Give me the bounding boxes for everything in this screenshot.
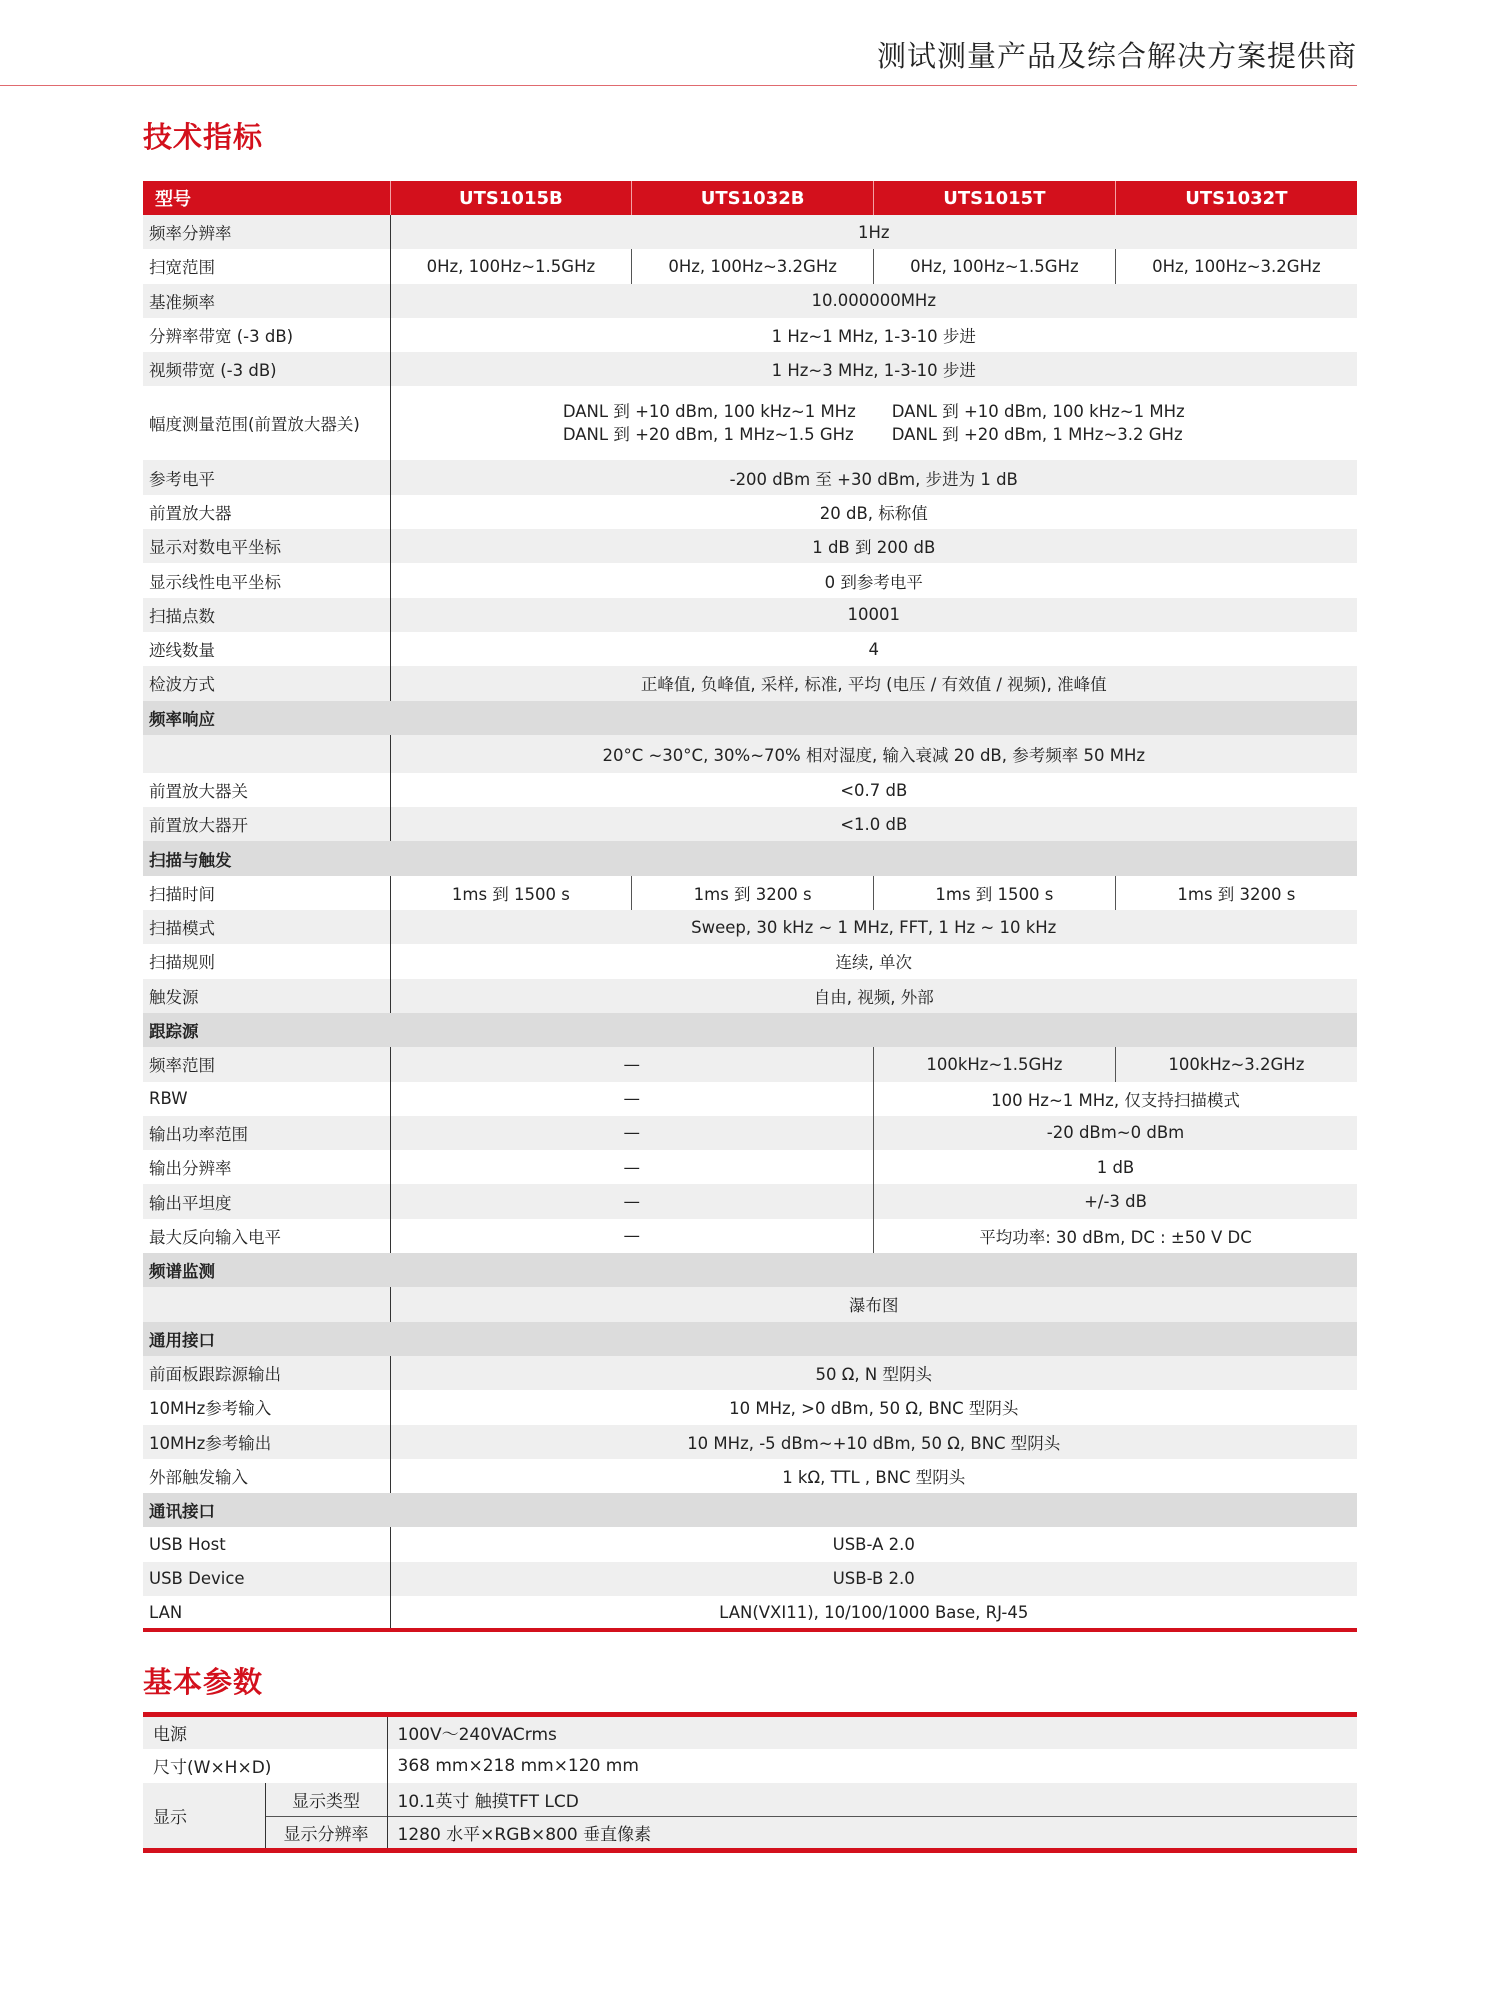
row-label: 扫宽范围 xyxy=(143,249,390,283)
row-label: 前面板跟踪源输出 xyxy=(143,1356,390,1390)
spec-table: 型号 UTS1015B UTS1032B UTS1015T UTS1032T 频… xyxy=(143,181,1357,1632)
row-value-na: — xyxy=(390,1150,874,1184)
table-row: 显示对数电平坐标 1 dB 到 200 dB xyxy=(143,529,1357,563)
row-value-na: — xyxy=(390,1116,874,1150)
basic-section-title: 基本参数 xyxy=(143,1660,263,1701)
row-value: 瀑布图 xyxy=(390,1287,1357,1321)
row-value: 平均功率: 30 dBm, DC : ±50 V DC xyxy=(874,1219,1358,1253)
row-label: 显示线性电平坐标 xyxy=(143,563,390,597)
row-label xyxy=(143,1287,390,1321)
section-label: 频谱监测 xyxy=(143,1253,1357,1287)
section-row-comm-io: 通讯接口 xyxy=(143,1493,1357,1527)
row-value: 20 dB, 标称值 xyxy=(390,495,1357,529)
row-label: 输出分辨率 xyxy=(143,1150,390,1184)
row-label: RBW xyxy=(143,1082,390,1116)
row-label: 触发源 xyxy=(143,979,390,1013)
section-row-sweep-trigger: 扫描与触发 xyxy=(143,841,1357,875)
table-row: 检波方式 正峰值, 负峰值, 采样, 标准, 平均 (电压 / 有效值 / 视频… xyxy=(143,666,1357,700)
row-value: 1ms 到 1500 s xyxy=(874,876,1116,910)
row-label: 显示 xyxy=(143,1783,265,1851)
row-value: 100kHz~1.5GHz xyxy=(874,1047,1116,1081)
row-value: 1 Hz~1 MHz, 1-3-10 步进 xyxy=(390,318,1357,352)
amplitude-line: DANL 到 +20 dBm, 1 MHz~1.5 GHz xyxy=(563,423,856,446)
table-row: 10MHz参考输入 10 MHz, >0 dBm, 50 Ω, BNC 型阴头 xyxy=(143,1390,1357,1424)
row-label xyxy=(143,735,390,773)
row-label: 检波方式 xyxy=(143,666,390,700)
section-label: 扫描与触发 xyxy=(143,841,1357,875)
sub-label: 显示分辨率 xyxy=(265,1817,387,1851)
row-value: 连续, 单次 xyxy=(390,944,1357,978)
row-label: 参考电平 xyxy=(143,460,390,494)
row-value: USB-B 2.0 xyxy=(390,1562,1357,1596)
row-value: 0 到参考电平 xyxy=(390,563,1357,597)
row-label: 扫描规则 xyxy=(143,944,390,978)
table-row: 20°C ~30°C, 30%~70% 相对湿度, 输入衰减 20 dB, 参考… xyxy=(143,735,1357,773)
table-row: USB Device USB-B 2.0 xyxy=(143,1562,1357,1596)
row-value: 0Hz, 100Hz~3.2GHz xyxy=(1115,249,1357,283)
company-tagline: 测试测量产品及综合解决方案提供商 xyxy=(877,34,1357,75)
section-row-general-io: 通用接口 xyxy=(143,1322,1357,1356)
basic-params-table: 电源 100V～240VACrms 尺寸(W×H×D) 368 mm×218 m… xyxy=(143,1712,1357,1853)
row-value: 1 dB xyxy=(874,1150,1358,1184)
row-label: 基准频率 xyxy=(143,284,390,318)
row-label: 前置放大器开 xyxy=(143,807,390,841)
row-value: 正峰值, 负峰值, 采样, 标准, 平均 (电压 / 有效值 / 视频), 准峰… xyxy=(390,666,1357,700)
amplitude-line: DANL 到 +10 dBm, 100 kHz~1 MHz xyxy=(563,400,856,423)
table-row: 显示 显示类型 10.1英寸 触摸TFT LCD xyxy=(143,1783,1357,1817)
column-header-uts1015b: UTS1015B xyxy=(390,181,632,215)
row-value: 10.000000MHz xyxy=(390,284,1357,318)
row-label: 最大反向输入电平 xyxy=(143,1219,390,1253)
table-row: 扫描点数 10001 xyxy=(143,598,1357,632)
row-value: <0.7 dB xyxy=(390,773,1357,807)
row-label: LAN xyxy=(143,1596,390,1630)
row-label: 显示对数电平坐标 xyxy=(143,529,390,563)
row-value: 1ms 到 3200 s xyxy=(1115,876,1357,910)
row-label: 尺寸(W×H×D) xyxy=(143,1749,387,1783)
row-label: 输出功率范围 xyxy=(143,1116,390,1150)
row-value: 4 xyxy=(390,632,1357,666)
section-label: 频率响应 xyxy=(143,701,1357,735)
table-row: 基准频率 10.000000MHz xyxy=(143,284,1357,318)
row-label: 扫描点数 xyxy=(143,598,390,632)
spec-section-title: 技术指标 xyxy=(143,115,263,156)
row-label: USB Device xyxy=(143,1562,390,1596)
row-label: 扫描时间 xyxy=(143,876,390,910)
row-value: 自由, 视频, 外部 xyxy=(390,979,1357,1013)
table-row: 最大反向输入电平 — 平均功率: 30 dBm, DC : ±50 V DC xyxy=(143,1219,1357,1253)
row-value: 10 MHz, >0 dBm, 50 Ω, BNC 型阴头 xyxy=(390,1390,1357,1424)
table-row: 视频带宽 (-3 dB) 1 Hz~3 MHz, 1-3-10 步进 xyxy=(143,352,1357,386)
row-value: LAN(VXI11), 10/100/1000 Base, RJ-45 xyxy=(390,1596,1357,1630)
row-value: -200 dBm 至 +30 dBm, 步进为 1 dB xyxy=(390,460,1357,494)
row-value: 100V～240VACrms xyxy=(387,1715,1357,1749)
row-label: 扫描模式 xyxy=(143,910,390,944)
row-value-na: — xyxy=(390,1082,874,1116)
row-value: 100kHz~3.2GHz xyxy=(1115,1047,1357,1081)
table-row: 显示线性电平坐标 0 到参考电平 xyxy=(143,563,1357,597)
table-row: 频率分辨率 1Hz xyxy=(143,215,1357,249)
table-row: USB Host USB-A 2.0 xyxy=(143,1527,1357,1561)
amplitude-range-b-models: DANL 到 +10 dBm, 100 kHz~1 MHz DANL 到 +20… xyxy=(563,400,856,446)
row-value-na: — xyxy=(390,1219,874,1253)
table-row: 显示分辨率 1280 水平×RGB×800 垂直像素 xyxy=(143,1817,1357,1851)
row-value: 0Hz, 100Hz~1.5GHz xyxy=(390,249,632,283)
column-header-uts1015t: UTS1015T xyxy=(874,181,1116,215)
sub-label: 显示类型 xyxy=(265,1783,387,1817)
amplitude-range-t-models: DANL 到 +10 dBm, 100 kHz~1 MHz DANL 到 +20… xyxy=(892,400,1185,446)
table-row: 扫描时间 1ms 到 1500 s 1ms 到 3200 s 1ms 到 150… xyxy=(143,876,1357,910)
row-label: 频率分辨率 xyxy=(143,215,390,249)
row-label: 幅度测量范围(前置放大器关) xyxy=(143,386,390,460)
section-row-spectrum-monitor: 频谱监测 xyxy=(143,1253,1357,1287)
row-value: 0Hz, 100Hz~3.2GHz xyxy=(632,249,874,283)
section-label: 通用接口 xyxy=(143,1322,1357,1356)
row-label: 视频带宽 (-3 dB) xyxy=(143,352,390,386)
row-value: 368 mm×218 mm×120 mm xyxy=(387,1749,1357,1783)
table-row: 触发源 自由, 视频, 外部 xyxy=(143,979,1357,1013)
row-value: 10001 xyxy=(390,598,1357,632)
table-row: 扫描模式 Sweep, 30 kHz ~ 1 MHz, FFT, 1 Hz ~ … xyxy=(143,910,1357,944)
amplitude-line: DANL 到 +10 dBm, 100 kHz~1 MHz xyxy=(892,400,1185,423)
row-value: 10 MHz, -5 dBm~+10 dBm, 50 Ω, BNC 型阴头 xyxy=(390,1425,1357,1459)
row-value: <1.0 dB xyxy=(390,807,1357,841)
row-label: 前置放大器关 xyxy=(143,773,390,807)
row-value: 10.1英寸 触摸TFT LCD xyxy=(387,1783,1357,1817)
row-value: 20°C ~30°C, 30%~70% 相对湿度, 输入衰减 20 dB, 参考… xyxy=(390,735,1357,773)
table-row: 输出功率范围 — -20 dBm~0 dBm xyxy=(143,1116,1357,1150)
row-value: 100 Hz~1 MHz, 仅支持扫描模式 xyxy=(874,1082,1358,1116)
table-row: 迹线数量 4 xyxy=(143,632,1357,666)
table-row: 瀑布图 xyxy=(143,1287,1357,1321)
table-row: LAN LAN(VXI11), 10/100/1000 Base, RJ-45 xyxy=(143,1596,1357,1630)
row-value: DANL 到 +10 dBm, 100 kHz~1 MHz DANL 到 +20… xyxy=(390,386,1357,460)
table-row: RBW — 100 Hz~1 MHz, 仅支持扫描模式 xyxy=(143,1082,1357,1116)
row-label: 迹线数量 xyxy=(143,632,390,666)
section-label: 跟踪源 xyxy=(143,1013,1357,1047)
row-value: 50 Ω, N 型阴头 xyxy=(390,1356,1357,1390)
spec-header-row: 型号 UTS1015B UTS1032B UTS1015T UTS1032T xyxy=(143,181,1357,215)
table-row: 前置放大器 20 dB, 标称值 xyxy=(143,495,1357,529)
table-row: 扫描规则 连续, 单次 xyxy=(143,944,1357,978)
section-row-tracking-source: 跟踪源 xyxy=(143,1013,1357,1047)
row-value: -20 dBm~0 dBm xyxy=(874,1116,1358,1150)
row-label: 电源 xyxy=(143,1715,387,1749)
table-row: 扫宽范围 0Hz, 100Hz~1.5GHz 0Hz, 100Hz~3.2GHz… xyxy=(143,249,1357,283)
row-value-na: — xyxy=(390,1184,874,1218)
row-value: 1 dB 到 200 dB xyxy=(390,529,1357,563)
table-row: 尺寸(W×H×D) 368 mm×218 mm×120 mm xyxy=(143,1749,1357,1783)
table-row: 电源 100V～240VACrms xyxy=(143,1715,1357,1749)
table-row: 前面板跟踪源输出 50 Ω, N 型阴头 xyxy=(143,1356,1357,1390)
row-value: +/-3 dB xyxy=(874,1184,1358,1218)
page-header: 测试测量产品及综合解决方案提供商 xyxy=(0,0,1357,86)
table-row: 频率范围 — 100kHz~1.5GHz 100kHz~3.2GHz xyxy=(143,1047,1357,1081)
row-value: 0Hz, 100Hz~1.5GHz xyxy=(874,249,1116,283)
row-value: 1ms 到 1500 s xyxy=(390,876,632,910)
row-label: 前置放大器 xyxy=(143,495,390,529)
row-value: 1ms 到 3200 s xyxy=(632,876,874,910)
section-row-freq-response: 频率响应 xyxy=(143,701,1357,735)
column-header-uts1032t: UTS1032T xyxy=(1115,181,1357,215)
row-value: Sweep, 30 kHz ~ 1 MHz, FFT, 1 Hz ~ 10 kH… xyxy=(390,910,1357,944)
column-header-uts1032b: UTS1032B xyxy=(632,181,874,215)
table-row: 前置放大器关 <0.7 dB xyxy=(143,773,1357,807)
column-header-model: 型号 xyxy=(143,181,390,215)
table-row: 分辨率带宽 (-3 dB) 1 Hz~1 MHz, 1-3-10 步进 xyxy=(143,318,1357,352)
amplitude-line: DANL 到 +20 dBm, 1 MHz~3.2 GHz xyxy=(892,423,1185,446)
row-value: 1Hz xyxy=(390,215,1357,249)
section-label: 通讯接口 xyxy=(143,1493,1357,1527)
table-row: 输出分辨率 — 1 dB xyxy=(143,1150,1357,1184)
table-row: 10MHz参考输出 10 MHz, -5 dBm~+10 dBm, 50 Ω, … xyxy=(143,1425,1357,1459)
row-label: 输出平坦度 xyxy=(143,1184,390,1218)
row-value: 1 Hz~3 MHz, 1-3-10 步进 xyxy=(390,352,1357,386)
row-label: 10MHz参考输出 xyxy=(143,1425,390,1459)
header-divider xyxy=(0,85,1357,86)
row-label: 频率范围 xyxy=(143,1047,390,1081)
table-row: 外部触发输入 1 kΩ, TTL , BNC 型阴头 xyxy=(143,1459,1357,1493)
table-row: 幅度测量范围(前置放大器关) DANL 到 +10 dBm, 100 kHz~1… xyxy=(143,386,1357,460)
row-label: 外部触发输入 xyxy=(143,1459,390,1493)
row-label: 分辨率带宽 (-3 dB) xyxy=(143,318,390,352)
table-row: 输出平坦度 — +/-3 dB xyxy=(143,1184,1357,1218)
row-value: 1280 水平×RGB×800 垂直像素 xyxy=(387,1817,1357,1851)
row-label: USB Host xyxy=(143,1527,390,1561)
row-value: 1 kΩ, TTL , BNC 型阴头 xyxy=(390,1459,1357,1493)
table-row: 前置放大器开 <1.0 dB xyxy=(143,807,1357,841)
table-row: 参考电平 -200 dBm 至 +30 dBm, 步进为 1 dB xyxy=(143,460,1357,494)
row-value: USB-A 2.0 xyxy=(390,1527,1357,1561)
row-label: 10MHz参考输入 xyxy=(143,1390,390,1424)
row-value-na: — xyxy=(390,1047,874,1081)
